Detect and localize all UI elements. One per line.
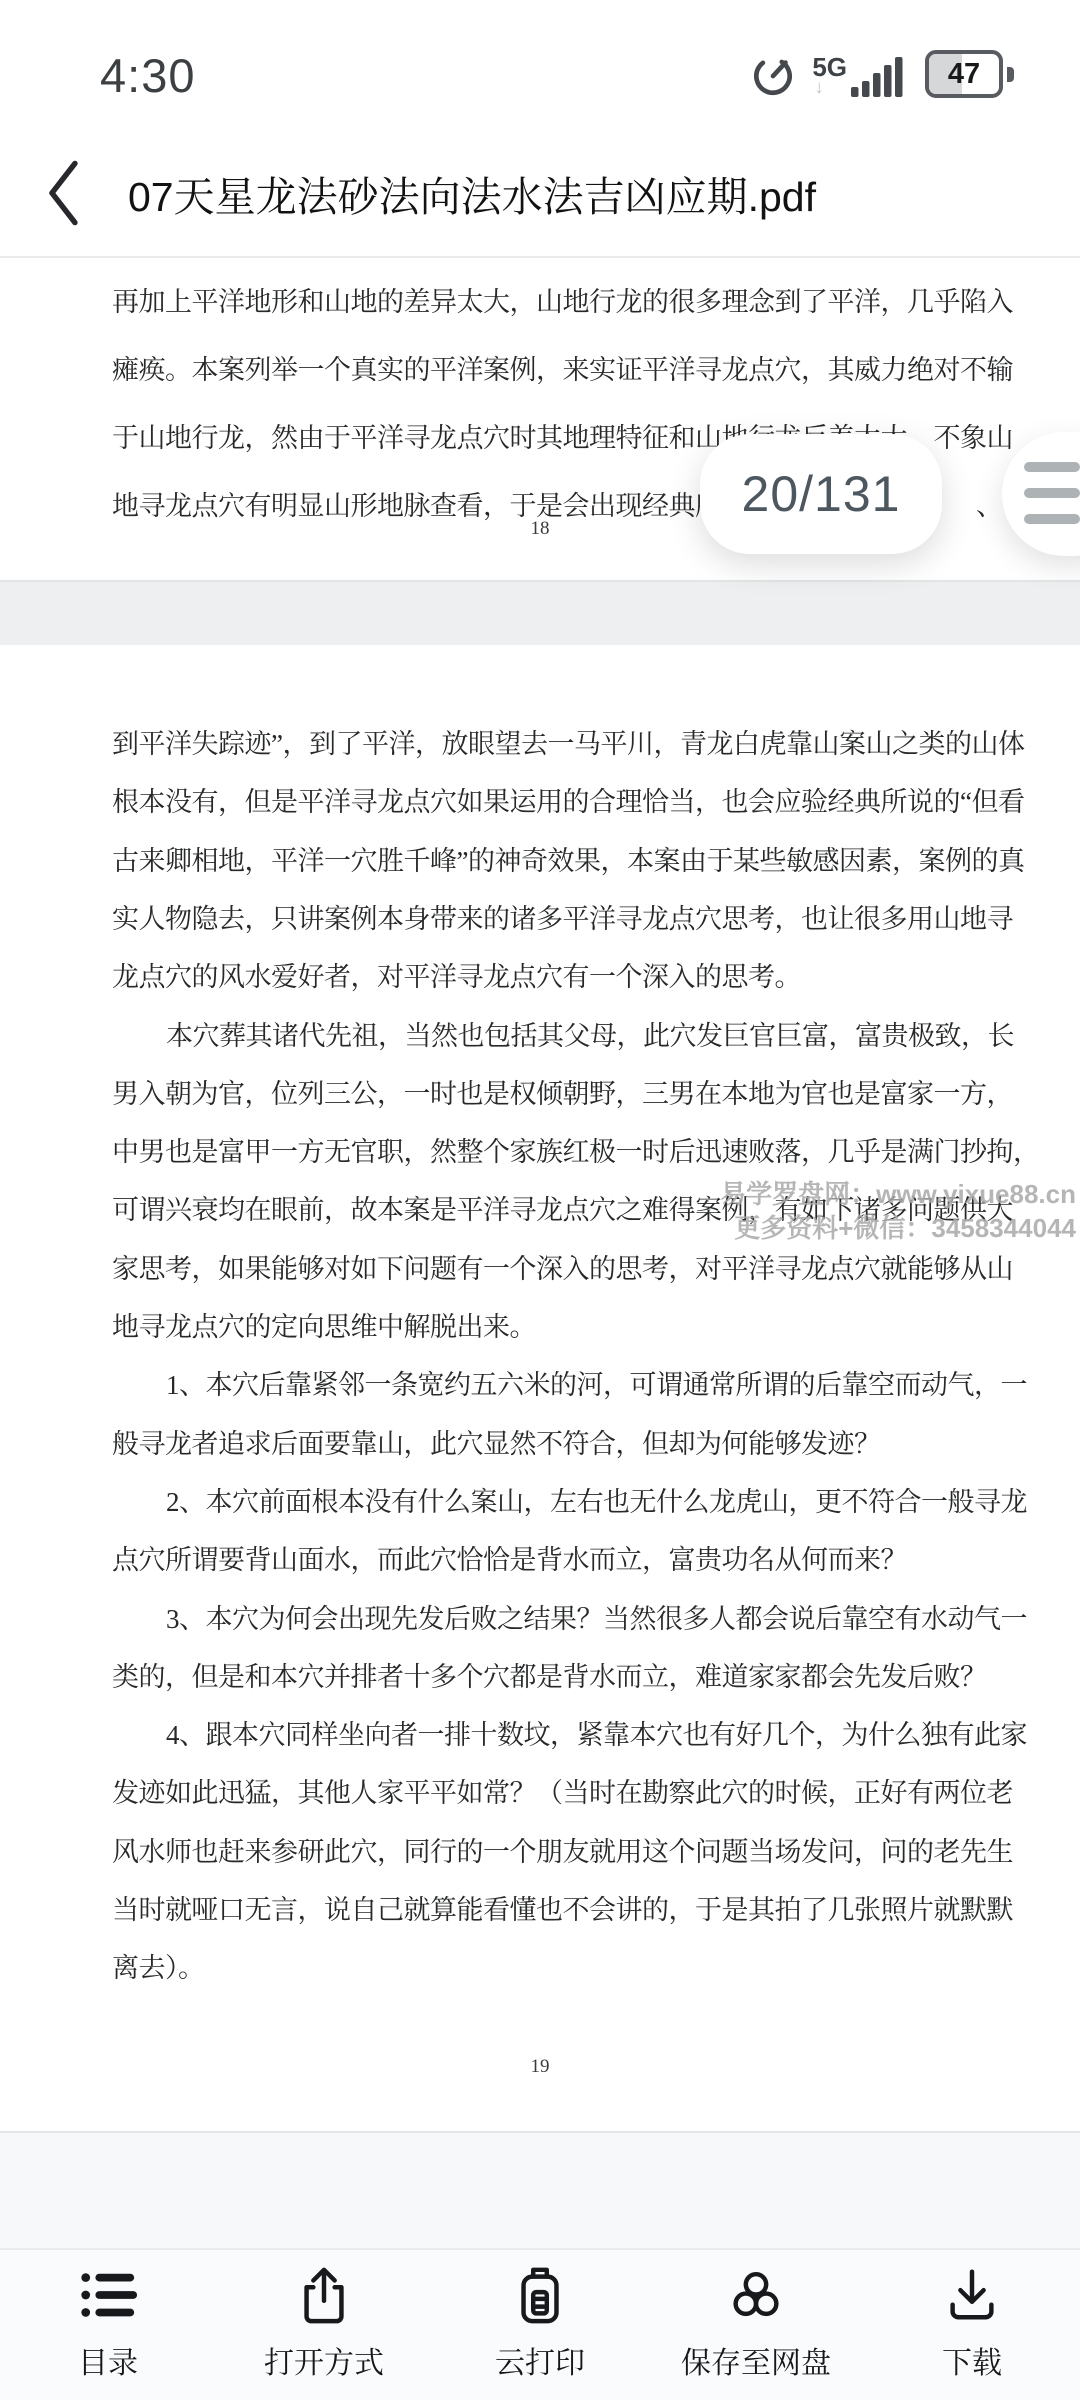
pdf-text-line: 离去）。 [112, 1946, 205, 1985]
toolbar-item-toc-list[interactable]: 目录 [0, 2250, 216, 2382]
menu-icon [1024, 488, 1080, 498]
toolbar-item-label: 保存至网盘 [681, 2338, 831, 2382]
page-gap [0, 2133, 1080, 2250]
toolbar-item-cloud-print[interactable]: 云打印 [432, 2250, 648, 2382]
pdf-text-line: 地寻龙点穴的定向思维中解脱出来。 [112, 1305, 536, 1344]
page-indicator-label: 20/131 [742, 465, 901, 523]
pdf-text-line: 1、本穴后靠紧邻一条宽约五六米的河，可谓通常所谓的后靠空而动气，一 [112, 1363, 1027, 1402]
data-arrow-icon: ↓ [814, 78, 824, 97]
pdf-text-line: 发迹如此迅猛，其他人家平平如常？（当时在勘察此穴的时候，正好有两位老 [112, 1771, 1013, 1810]
status-icons: 5G ↓ 47 [748, 48, 1014, 100]
pdf-text-line: 男入朝为官，位列三公，一时也是权倾朝野，三男在本地为官也是富家一方， [112, 1072, 1013, 1111]
pdf-text-line: 家思考，如果能够对如下问题有一个深入的思考，对平洋寻龙点穴就能够从山 [112, 1247, 1013, 1286]
phone-screen: 4:30 5G ↓ 47 [0, 0, 1080, 2400]
battery-percent: 47 [948, 58, 980, 91]
pdf-text-line: 本穴葬其诸代先祖，当然也包括其父母，此穴发巨官巨富，富贵极致，长 [112, 1014, 1014, 1053]
pdf-text-line: 2、本穴前面根本没有什么案山，左右也无什么龙虎山，更不符合一般寻龙 [112, 1480, 1027, 1519]
pdf-text-line: 类的，但是和本穴并排者十多个穴都是背水而立，难道家家都会先发后败？ [112, 1655, 987, 1694]
back-icon[interactable] [42, 158, 86, 228]
pdf-text-line: 3、本穴为何会出现先发后败之结果？当然很多人都会说后靠空有水动气一 [112, 1597, 1027, 1636]
watermark-contact: 更多资料+微信：3458344044 [734, 1208, 1076, 1245]
network-speed-gauge-icon [748, 49, 798, 99]
save-to-drive-icon [725, 2264, 787, 2326]
battery-cap [1007, 67, 1014, 82]
toc-list-icon [77, 2264, 139, 2326]
pdf-text-line: 4、跟本穴同样坐向者一排十数坟，紧靠本穴也有好几个，为什么独有此家 [112, 1713, 1027, 1752]
pdf-text-line: 瘫痪。本案列举一个真实的平洋案例，来实证平洋寻龙点穴，其威力绝对不输 [112, 348, 1013, 387]
pdf-text-line: 到平洋失踪迹”，到了平洋，放眼望去一马平川，青龙白虎靠山案山之类的山体 [112, 722, 1024, 761]
toolbar-item-save-to-drive[interactable]: 保存至网盘 [648, 2250, 864, 2382]
pdf-text-line: 点穴所谓要背山面水，而此穴恰恰是背水而立，富贵功名从何而来？ [112, 1538, 907, 1577]
signal-bars-icon [851, 51, 911, 97]
nav-bar: 07天星龙法砂法向法水法吉凶应期.pdf [0, 130, 1080, 258]
bottom-toolbar: 目录打开方式云打印保存至网盘下载 [0, 2248, 1080, 2400]
open-with-icon [293, 2264, 355, 2326]
menu-icon [1024, 462, 1080, 472]
status-bar: 4:30 5G ↓ 47 [0, 0, 1080, 130]
pdf-text-line: 般寻龙者追求后面要靠山，此穴显然不符合，但却为何能够发迹？ [112, 1422, 881, 1461]
toolbar-item-label: 云打印 [495, 2338, 585, 2382]
toolbar-item-label: 打开方式 [264, 2338, 384, 2382]
pdf-text-line: 风水师也赶来参研此穴，同行的一个朋友就用这个问题当场发问，问的老先生 [112, 1830, 1013, 1869]
pdf-text-line: 当时就哑口无言，说自己就算能看懂也不会讲的，于是其拍了几张照片就默默 [112, 1888, 1013, 1927]
watermark-site: 易学罗盘网：www.yixue88.cn [720, 1174, 1076, 1211]
pdf-text-line: 中男也是富甲一方无官职，然整个家族红极一时后迅速败落，几乎是满门抄拘， [112, 1130, 1040, 1169]
battery-indicator: 47 [925, 50, 1003, 98]
pdf-viewport[interactable]: 再加上平洋地形和山地的差异太大，山地行龙的很多理念到了平洋，几乎陷入瘫痪。本案列… [0, 258, 1080, 2250]
pdf-text-line: 古来卿相地，平洋一穴胜千峰”的神奇效果，本案由于某些敏感因素，案例的真 [112, 839, 1024, 878]
cloud-print-icon [509, 2264, 571, 2326]
pdf-text-line: 再加上平洋地形和山地的差异太大，山地行龙的很多理念到了平洋，几乎陷入 [112, 280, 1013, 319]
page-number: 19 [0, 2056, 1080, 2078]
pdf-text-line: 实人物隐去，只讲案例本身带来的诸多平洋寻龙点穴思考，也让很多用山地寻 [112, 897, 1013, 936]
toolbar-item-download[interactable]: 下载 [864, 2250, 1080, 2382]
page-indicator[interactable]: 20/131 [700, 434, 942, 554]
menu-icon [1024, 514, 1080, 524]
pdf-text-line: 根本没有，但是平洋寻龙点穴如果运用的合理恰当，也会应验经典所说的“但看 [112, 780, 1024, 819]
document-title: 07天星龙法砂法向法水法吉凶应期.pdf [128, 164, 1050, 223]
pdf-text-line: 龙点穴的风水爱好者，对平洋寻龙点穴有一个深入的思考。 [112, 955, 801, 994]
page-gap [0, 582, 1080, 645]
toolbar-item-label: 下载 [942, 2338, 1002, 2382]
signal-indicator: 5G ↓ [812, 51, 911, 97]
download-icon [941, 2264, 1003, 2326]
clock: 4:30 [100, 48, 195, 103]
toolbar-item-label: 目录 [78, 2338, 138, 2382]
toolbar-item-open-with[interactable]: 打开方式 [216, 2250, 432, 2382]
